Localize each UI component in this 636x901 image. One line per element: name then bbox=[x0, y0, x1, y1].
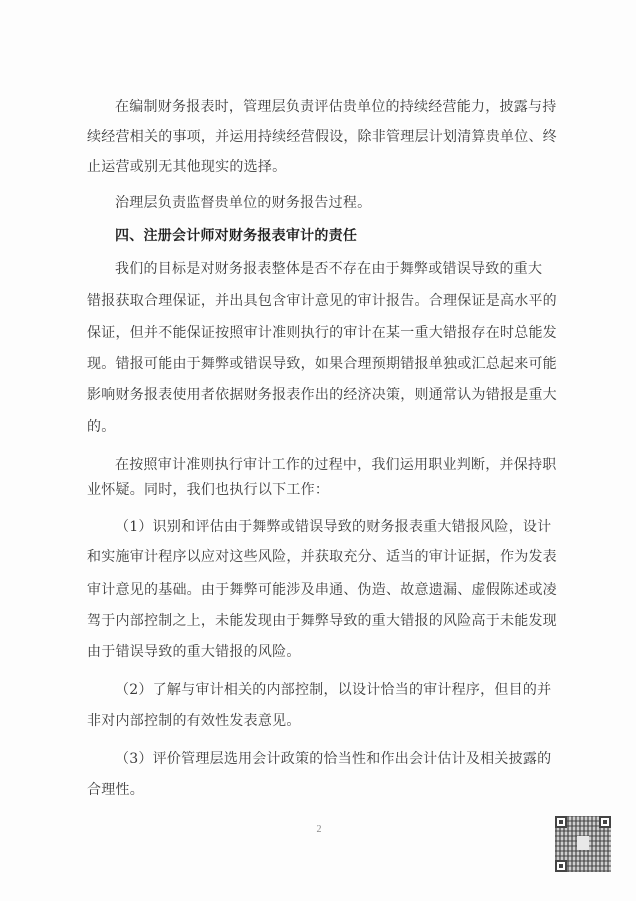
qr-code-icon bbox=[555, 816, 611, 872]
qr-finder-icon bbox=[599, 816, 611, 828]
text-line: 我们的目标是对财务报表整体是否不存在由于舞弊或错误导致的重大 bbox=[115, 258, 559, 280]
text-line: 非对内部控制的有效性发表意见。 bbox=[87, 710, 559, 732]
qr-finder-icon bbox=[555, 860, 567, 872]
text-line: 止运营或别无其他现实的选择。 bbox=[87, 156, 559, 178]
text-line: （2）了解与审计相关的内部控制，以设计恰当的审计程序，但目的并 bbox=[115, 679, 559, 701]
text-line: 影响财务报表使用者依据财务报表作出的经济决策，则通常认为错报是重大 bbox=[87, 384, 559, 406]
text-line: （1）识别和评估由于舞弊或错误导致的财务报表重大错报风险，设计 bbox=[115, 516, 559, 538]
qr-center-logo-icon bbox=[577, 836, 589, 850]
text-line: 业怀疑。同时，我们也执行以下工作： bbox=[87, 479, 559, 501]
text-line: 由于错误导致的重大错报的风险。 bbox=[87, 641, 559, 663]
page-number: 2 bbox=[313, 824, 325, 835]
text-line: 在编制财务报表时，管理层负责评估贵单位的持续经营能力，披露与持 bbox=[115, 96, 559, 118]
text-line: 现。错报可能由于舞弊或错误导致，如果合理预期错报单独或汇总起来可能 bbox=[87, 353, 559, 375]
text-line: 审计意见的基础。由于舞弊可能涉及串通、伪造、故意遗漏、虚假陈述或凌 bbox=[87, 579, 559, 601]
section-heading: 四、注册会计师对财务报表审计的责任 bbox=[115, 225, 559, 247]
text-line: 治理层负责监督贵单位的财务报告过程。 bbox=[115, 192, 559, 214]
text-line: （3）评价管理层选用会计政策的恰当性和作出会计估计及相关披露的 bbox=[115, 748, 559, 770]
document-page: 在编制财务报表时，管理层负责评估贵单位的持续经营能力，披露与持续经营相关的事项，… bbox=[0, 0, 636, 901]
text-line: 和实施审计程序以应对这些风险，并获取充分、适当的审计证据，作为发表 bbox=[87, 546, 559, 568]
text-line: 的。 bbox=[87, 416, 559, 438]
text-line: 续经营相关的事项，并运用持续经营假设，除非管理层计划清算贵单位、终 bbox=[87, 126, 559, 148]
text-line: 保证，但并不能保证按照审计准则执行的审计在某一重大错报存在时总能发 bbox=[87, 322, 559, 344]
text-line: 合理性。 bbox=[87, 779, 559, 801]
text-line: 错报获取合理保证，并出具包含审计意见的审计报告。合理保证是高水平的 bbox=[87, 290, 559, 312]
text-line: 驾于内部控制之上，未能发现由于舞弊导致的重大错报的风险高于未能发现 bbox=[87, 610, 559, 632]
text-line: 在按照审计准则执行审计工作的过程中，我们运用职业判断，并保持职 bbox=[115, 454, 559, 476]
qr-finder-icon bbox=[555, 816, 567, 828]
